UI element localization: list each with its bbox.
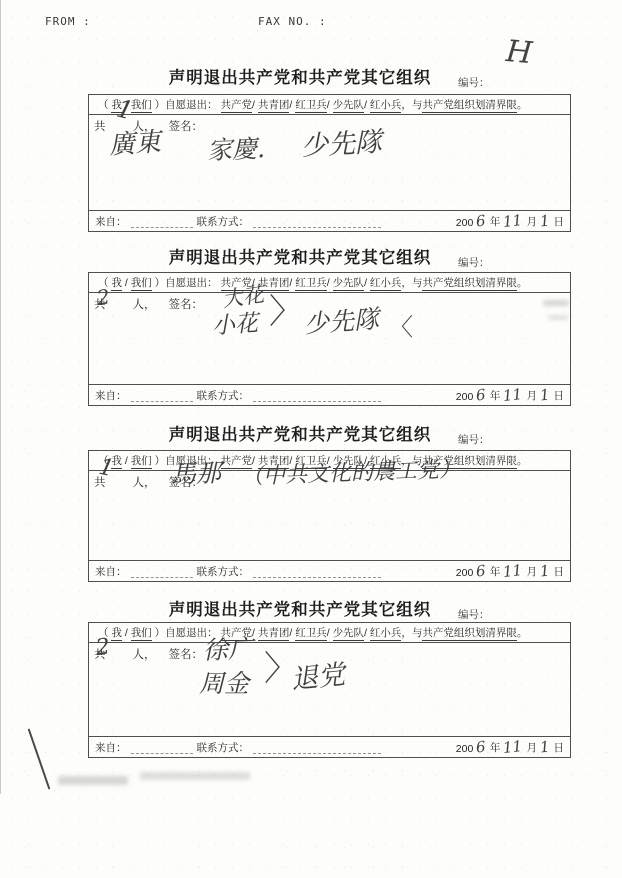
handwritten-day: 1 — [539, 213, 550, 229]
handwritten-signature: 廣東 — [108, 129, 162, 159]
form-2-footer: 来自： 联系方式： 200 6 年 11 月 1 日 — [89, 384, 570, 405]
handwritten-day: 1 — [539, 739, 550, 755]
date-field: 200 6 年 11 月 1 日 — [456, 388, 564, 403]
handwritten-month: 11 — [503, 739, 524, 756]
handwritten-signature: 少先隊 — [300, 129, 382, 160]
contact-field-blank — [253, 566, 381, 578]
date-prefix: 200 — [456, 743, 474, 755]
fax-from-label: FROM : — [45, 15, 91, 28]
handwritten-signature: 大花 — [221, 284, 266, 311]
day-label: 日 — [554, 388, 565, 403]
form-3-number-label: 编号： — [458, 432, 490, 447]
day-label: 日 — [554, 214, 565, 229]
month-label: 月 — [526, 564, 537, 579]
form-4-title: 声明退出共产党和共产党其它组织 — [100, 596, 500, 620]
month-label: 月 — [526, 740, 537, 755]
day-label: 日 — [554, 564, 565, 579]
handwritten-year-digit: 6 — [476, 387, 487, 403]
from-field-blank — [131, 216, 193, 228]
count-suffix: 人， — [133, 477, 156, 489]
contact-field-blank — [253, 390, 381, 402]
contact-field-blank — [253, 742, 381, 754]
signature-label: 签名： — [169, 649, 204, 661]
handwritten-signature: 小花 — [211, 312, 258, 338]
date-field: 200 6 年 11 月 1 日 — [456, 564, 564, 579]
form-2-box: （ 我 / 我们 ）自愿退出： 共产党/ 共青团/ 红卫兵/ 少先队/ 红小兵，… — [88, 272, 571, 406]
form-3-footer: 来自： 联系方式： 200 6 年 11 月 1 日 — [89, 560, 570, 581]
handwritten-month: 11 — [503, 213, 524, 230]
scan-smudge-artifact — [140, 772, 250, 780]
count-prefix: 共 — [94, 121, 106, 133]
month-label: 月 — [526, 214, 537, 229]
from-field-blank — [131, 566, 193, 578]
scanned-fax-page: FROM : FAX NO. : H 声明退出共产党和共产党其它组织 编号： （… — [0, 0, 622, 878]
from-field-label: 来自： — [95, 740, 127, 755]
from-field-label: 来自： — [95, 388, 127, 403]
pen-stroke-artifact — [28, 728, 51, 789]
handwritten-brace: 〉 — [269, 295, 303, 329]
year-label: 年 — [490, 388, 501, 403]
handwritten-count: 2 — [95, 636, 111, 659]
form-1-title: 声明退出共产党和共产党其它组织 — [100, 64, 500, 88]
scan-smudge-artifact — [548, 315, 568, 320]
date-field: 200 6 年 11 月 1 日 — [456, 740, 564, 755]
form-4-declaration-text: （ 我 / 我们 ）自愿退出： 共产党/ 共青团/ 红卫兵/ 少先队/ 红小兵，… — [89, 623, 570, 643]
handwritten-day: 1 — [539, 563, 550, 579]
handwritten-day: 1 — [539, 387, 550, 403]
handwritten-signature: 馬那 — [171, 460, 222, 487]
from-field-blank — [131, 742, 193, 754]
date-prefix: 200 — [456, 391, 474, 403]
date-field: 200 6 年 11 月 1 日 — [456, 214, 564, 229]
scan-smudge-artifact — [58, 776, 128, 785]
handwritten-year-digit: 6 — [476, 563, 487, 579]
handwritten-brace: 〈 — [389, 315, 413, 339]
form-3-title: 声明退出共产党和共产党其它组织 — [100, 421, 500, 445]
form-2-number-label: 编号： — [458, 255, 490, 270]
contact-field-label: 联系方式： — [197, 740, 250, 755]
fax-number-label: FAX NO. : — [258, 15, 327, 28]
scan-edge-artifact — [0, 0, 1, 794]
form-4-footer: 来自： 联系方式： 200 6 年 11 月 1 日 — [89, 736, 570, 757]
handwritten-page-mark: H — [505, 37, 534, 69]
form-2-declaration-text: （ 我 / 我们 ）自愿退出： 共产党/ 共青团/ 红卫兵/ 少先队/ 红小兵，… — [89, 273, 570, 293]
form-2-title: 声明退出共产党和共产党其它组织 — [100, 244, 500, 268]
year-label: 年 — [490, 740, 501, 755]
date-prefix: 200 — [456, 217, 474, 229]
contact-field-blank — [253, 216, 381, 228]
signature-label: 签名： — [169, 299, 204, 311]
from-field-blank — [131, 390, 193, 402]
handwritten-signature: 周金 — [199, 671, 249, 696]
form-1-box: （ 我 / 我们 ）自愿退出： 共产党/ 共青团/ 红卫兵/ 少先队/ 红小兵，… — [88, 94, 571, 232]
signature-label: 签名： — [169, 121, 204, 133]
form-1-number-label: 编号： — [458, 75, 490, 90]
handwritten-month: 11 — [503, 387, 524, 404]
contact-field-label: 联系方式： — [197, 564, 250, 579]
handwritten-signature: 家慶. — [207, 136, 266, 163]
year-label: 年 — [490, 214, 501, 229]
handwritten-year-digit: 6 — [476, 739, 487, 755]
handwritten-month: 11 — [503, 563, 524, 580]
handwritten-group-note: 退党 — [290, 661, 347, 693]
form-4-count-row: 共人，签名： — [89, 643, 570, 662]
day-label: 日 — [554, 740, 565, 755]
handwritten-count: 2 — [96, 286, 111, 308]
contact-field-label: 联系方式： — [197, 214, 250, 229]
count-suffix: 人， — [133, 649, 156, 661]
contact-field-label: 联系方式： — [197, 388, 250, 403]
month-label: 月 — [526, 388, 537, 403]
handwritten-year-digit: 6 — [476, 213, 487, 229]
count-suffix: 人， — [133, 299, 156, 311]
date-prefix: 200 — [456, 567, 474, 579]
form-4-number-label: 编号： — [458, 607, 490, 622]
handwritten-group-note: 少先隊 — [303, 306, 380, 336]
from-field-label: 来自： — [95, 564, 127, 579]
handwritten-signature: 徐广 — [203, 636, 254, 663]
form-1-declaration-text: （ 我 / 我们 ）自愿退出： 共产党/ 共青团/ 红卫兵/ 少先队/ 红小兵，… — [89, 95, 570, 115]
from-field-label: 来自： — [95, 214, 127, 229]
form-1-footer: 来自： 联系方式： 200 6 年 11 月 1 日 — [89, 210, 570, 231]
year-label: 年 — [490, 564, 501, 579]
scan-smudge-artifact — [543, 300, 569, 306]
